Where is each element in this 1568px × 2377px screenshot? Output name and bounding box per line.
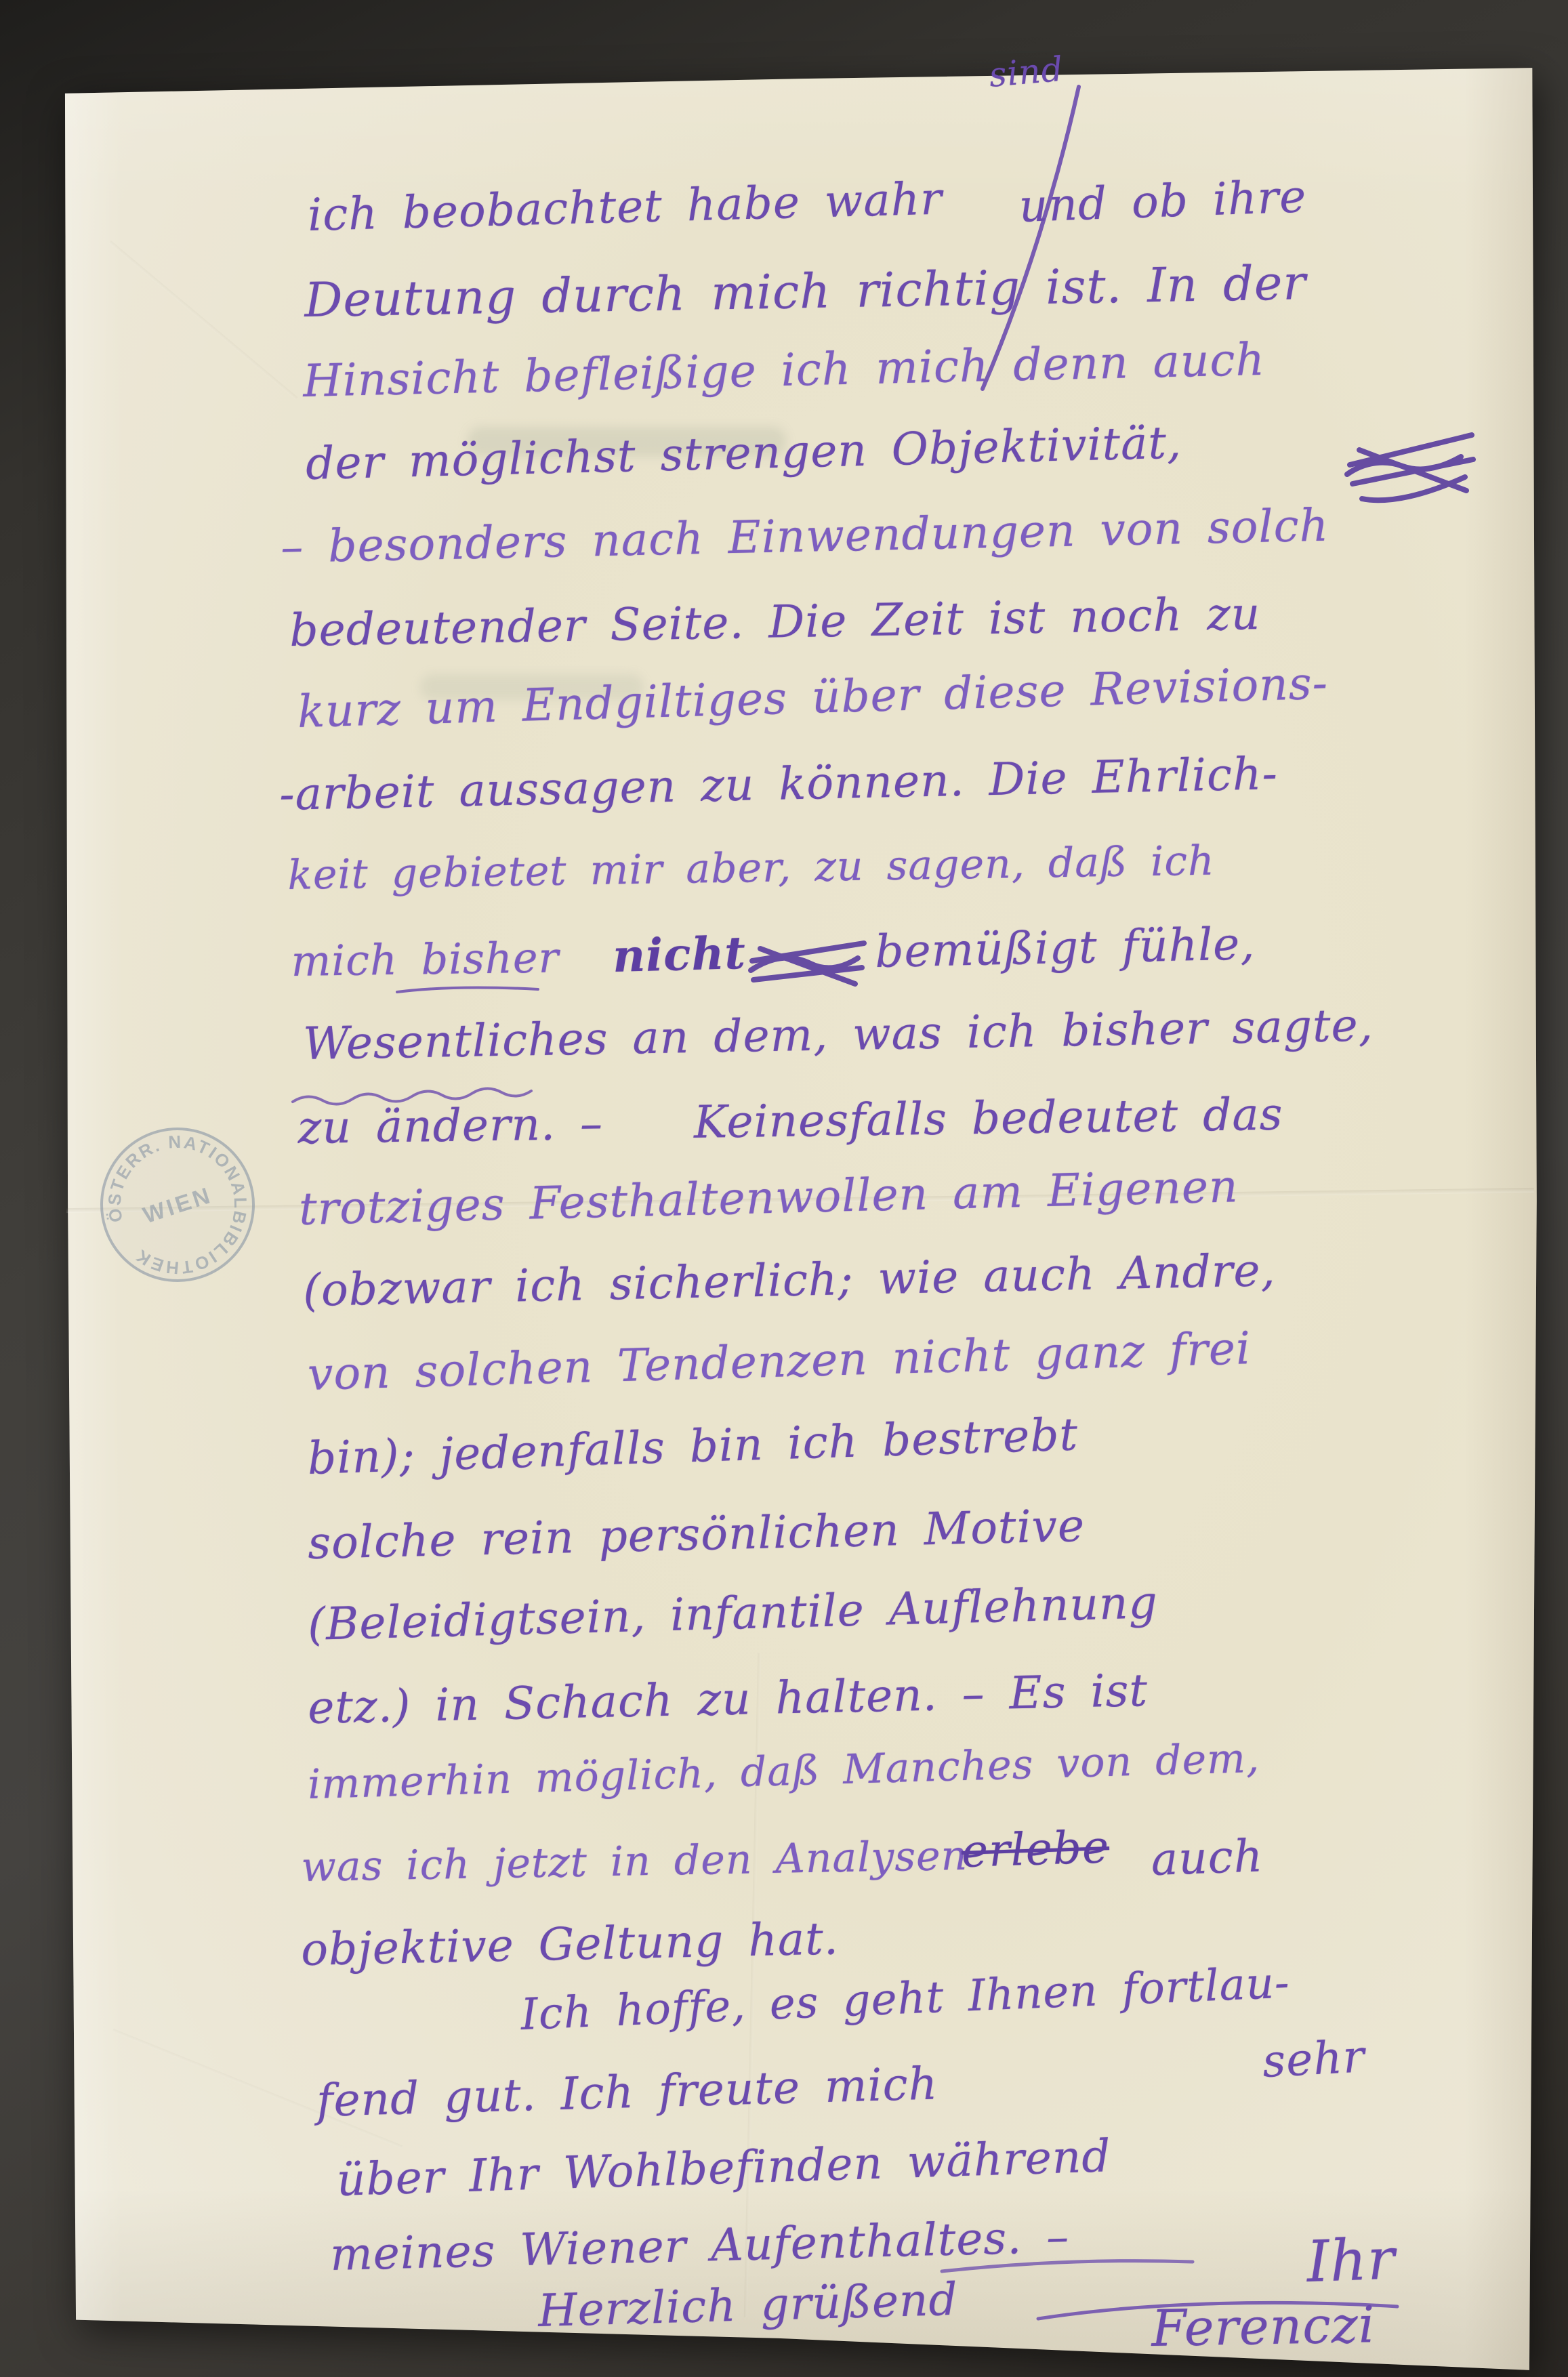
scanned-letter-page: ÖSTERR. NATIONALBIBLIOTHEK WIEN sind ich… (0, 0, 1568, 2377)
manuscript-closing: Herzlich grüßend (537, 2277, 958, 2334)
manuscript-line: und ob ihre (1018, 174, 1307, 229)
manuscript-line: mich bisher (291, 936, 559, 983)
manuscript-line: was ich jetzt in den Analysen (301, 1836, 968, 1888)
manuscript-line: bemüßigt fühle, (875, 922, 1256, 974)
manuscript-line: objektive Geltung hat. (301, 1916, 840, 1972)
manuscript-closing-ihr: Ihr (1306, 2230, 1396, 2290)
manuscript-insertion-sind: sind (988, 52, 1065, 92)
signature-ferenczi: Ferenczi (1151, 2300, 1376, 2354)
manuscript-line: zu ändern. – Keinesfalls bedeutet das (297, 1092, 1283, 1151)
manuscript-line: nicht (612, 930, 746, 978)
manuscript-line: sehr (1262, 2034, 1366, 2084)
manuscript-line: auch (1151, 1834, 1264, 1882)
manuscript-strikethrough-word: erlebe (961, 1825, 1110, 1874)
library-stamp: ÖSTERR. NATIONALBIBLIOTHEK WIEN (76, 1103, 279, 1306)
